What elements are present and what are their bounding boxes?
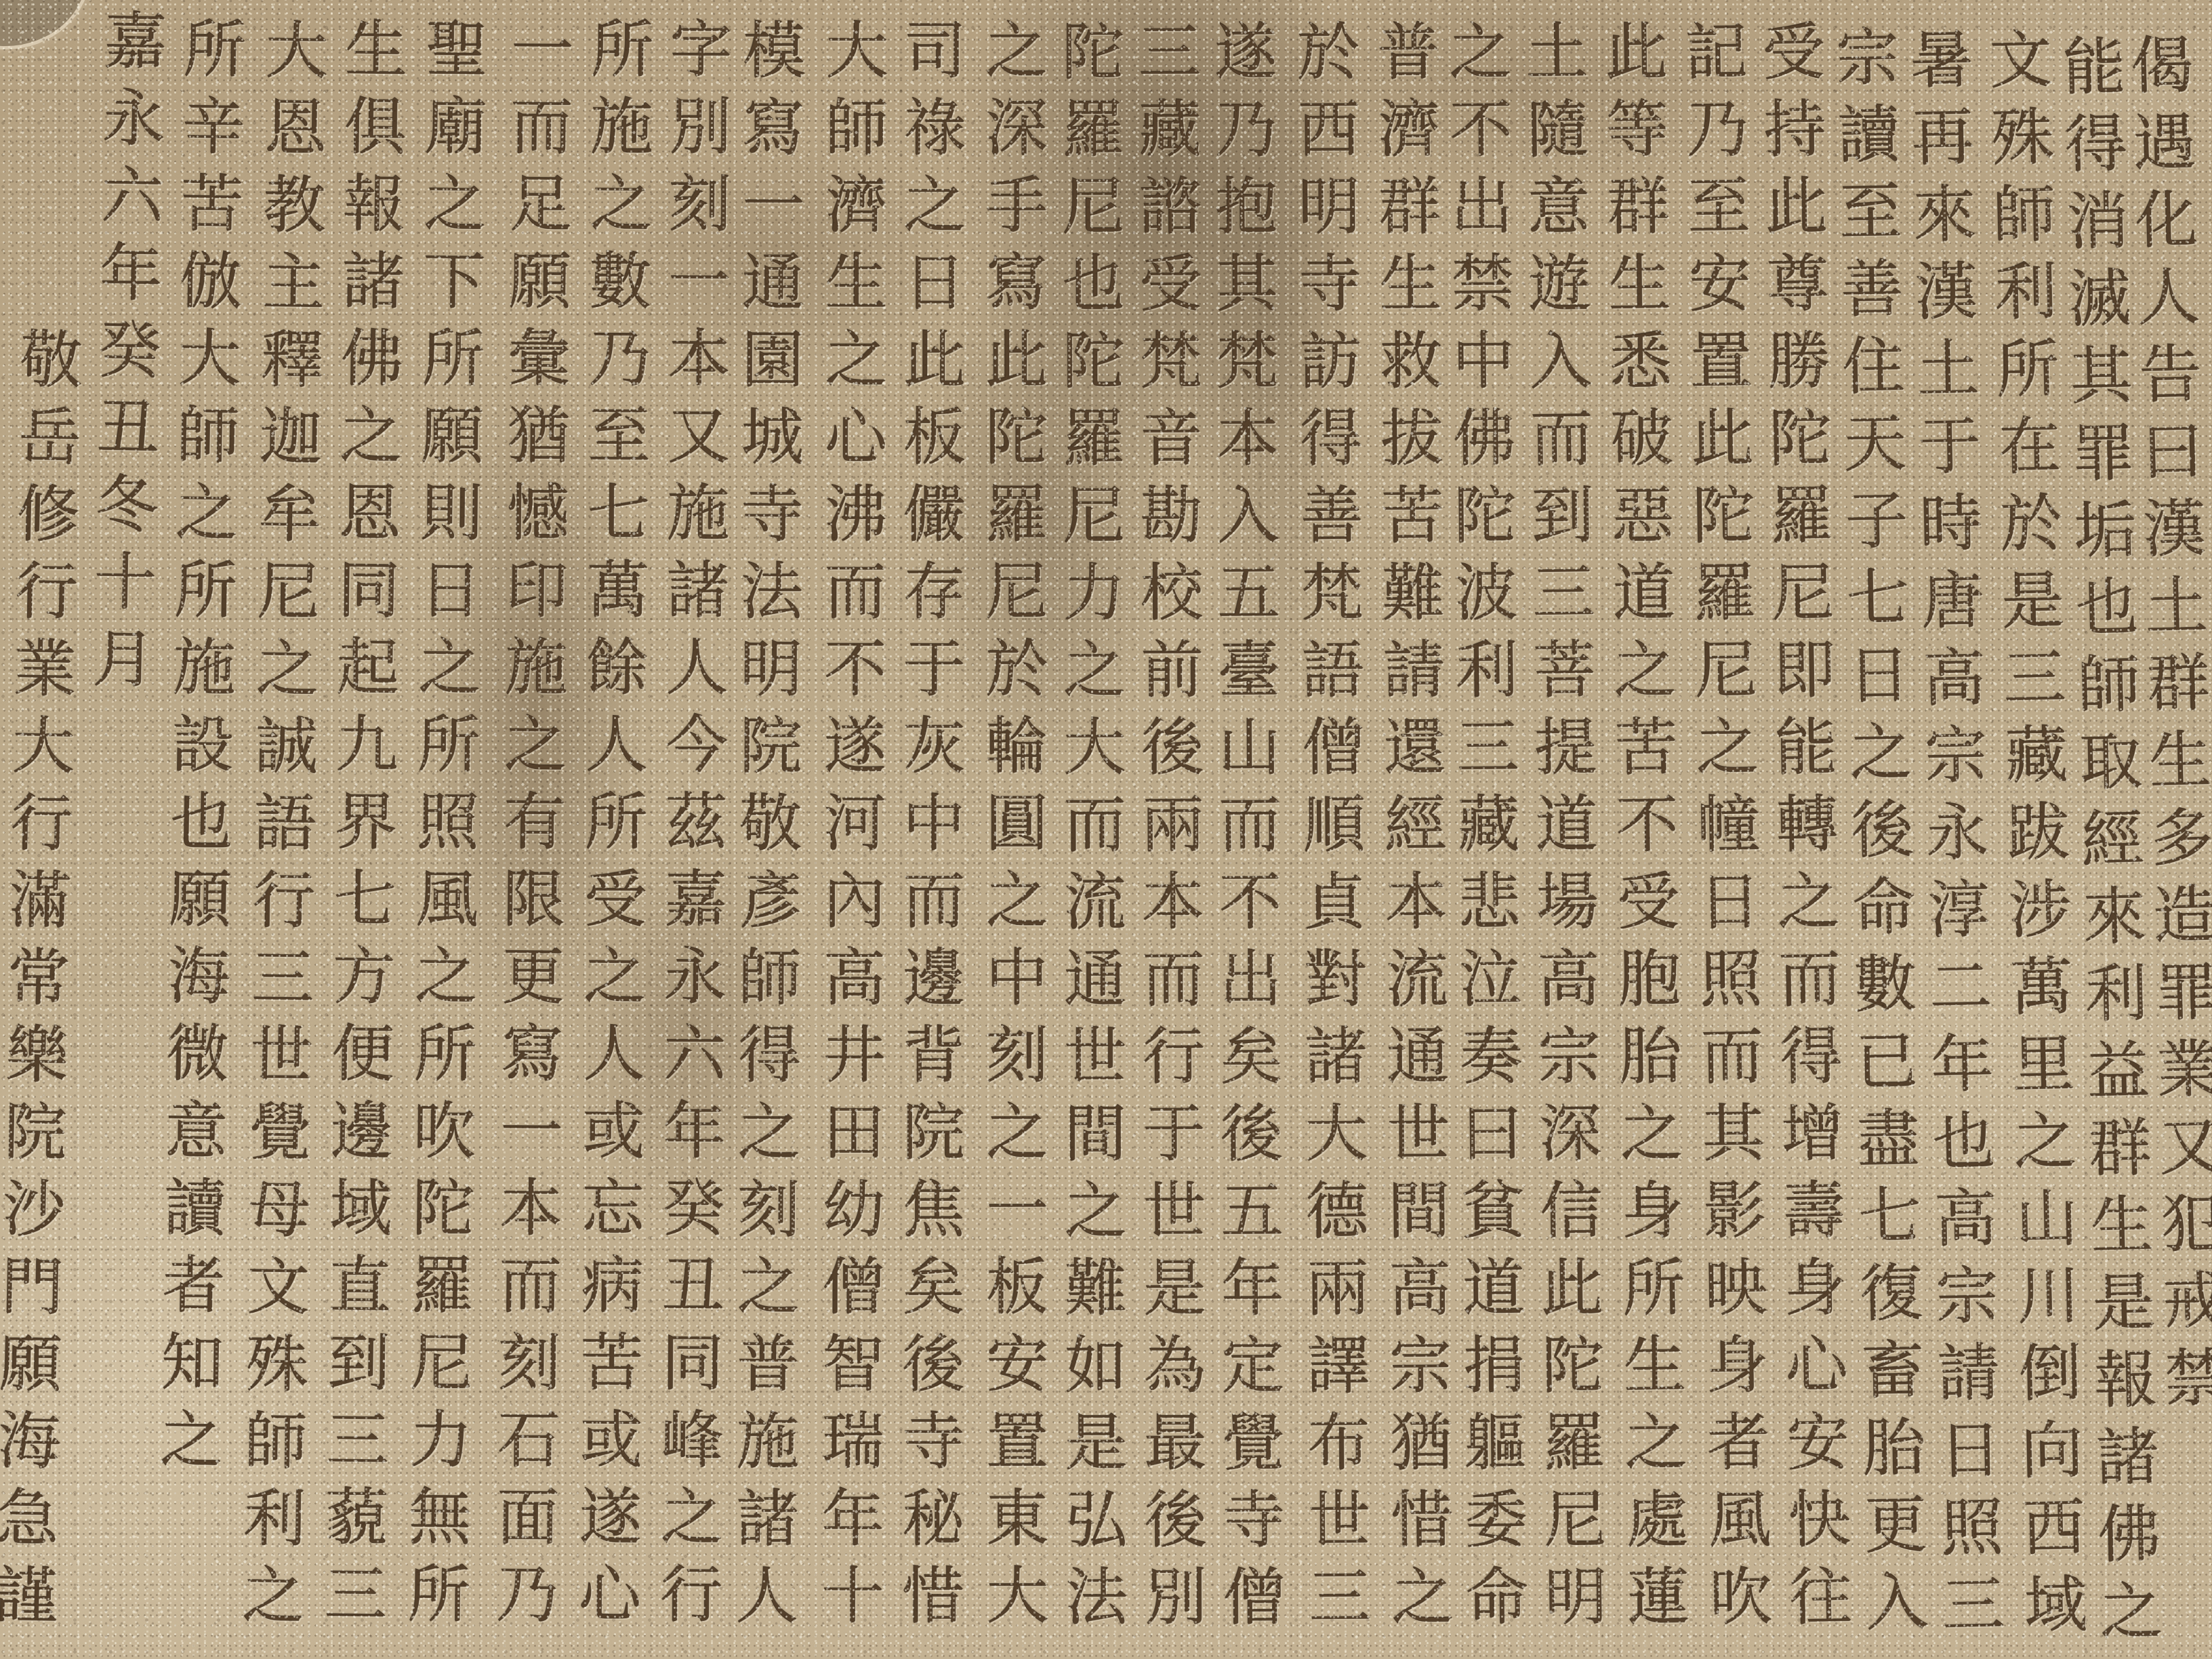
inscription-column: 所施之數乃至七萬餘人所受之人或忘病苦或遂心 xyxy=(573,16,649,1639)
inscription-column: 所辛苦倣大師之所施設也願海微意讀者知之 xyxy=(154,16,241,1484)
inscription-column: 於西明寺訪得善梵語僧順貞對諸大德兩譯布世三 xyxy=(1292,19,1366,1642)
inscription-column: 三藏諮受梵音勘校前後兩本而行于世是為最後別 xyxy=(1133,19,1202,1641)
stone-inscription-photo: 偈遇化人告曰漢土群生多造罪業又犯戒禁 能得消滅其罪垢也師取經來利益群生是報諸佛之… xyxy=(0,0,2212,1659)
inscription-column: 普濟群生救拔苦難請還經本流通世間高宗猶惜之 xyxy=(1372,19,1449,1642)
inscription-column: 聖廟之下所願則日之所照風之所吹陀羅尼力無所 xyxy=(402,16,483,1639)
signature-column: 敬岳修行業大行滿常樂院沙門願海急謹 xyxy=(0,326,78,1640)
inscription-column: 之深手寫此陀羅尼於輪圓之中刻之一板安置東大 xyxy=(980,18,1044,1640)
weathering-stain xyxy=(0,0,87,46)
inscription-column: 遂乃抱其梵本入五臺山而不出矣後五年定覺寺僧 xyxy=(1209,19,1280,1641)
inscription-column: 模寫一通園城寺法明院敬彥師得之刻之普施諸人 xyxy=(731,18,800,1640)
inscription-column: 之不出禁中佛陀波利三藏悲泣奏曰貧道捐軀委命 xyxy=(1443,19,1523,1642)
inscription-column: 字別刻一本又施諸人今茲嘉永六年癸丑同峰之行 xyxy=(655,16,727,1639)
inscription-column: 陀羅尼也陀羅尼力之大而流通世間之難如是弘法 xyxy=(1057,19,1122,1641)
date-line-column: 嘉永六年癸丑冬十月 xyxy=(87,7,162,704)
inscription-column: 大師濟生之心沸而不遂河內高井田幼僧智瑞年十 xyxy=(816,18,883,1640)
inscription-column: 此等群生悉破惡道之苦不受胞胎之身所生之處蓮 xyxy=(1599,18,1685,1641)
inscription-column: 生俱報諸佛之恩同起九界七方便邊域直到三藐三 xyxy=(319,16,403,1639)
inscription-column: 記乃至安置此陀羅尼之幢日照而其影映身者風吹 xyxy=(1679,18,1767,1641)
inscription-column: 大恩教主釋迦牟尼之誠語行三世覺母文殊師利之 xyxy=(237,17,323,1640)
inscription-column: 一而足願彙猶憾印施之有限更寫一本而刻石面乃 xyxy=(491,16,569,1639)
inscription-column: 土隨意遊入而到三菩提道場高宗深信此陀羅尼明 xyxy=(1520,18,1603,1641)
inscription-column: 司祿之日此板儼存于灰中而邊背院焦矣後寺秘惜 xyxy=(897,18,961,1640)
